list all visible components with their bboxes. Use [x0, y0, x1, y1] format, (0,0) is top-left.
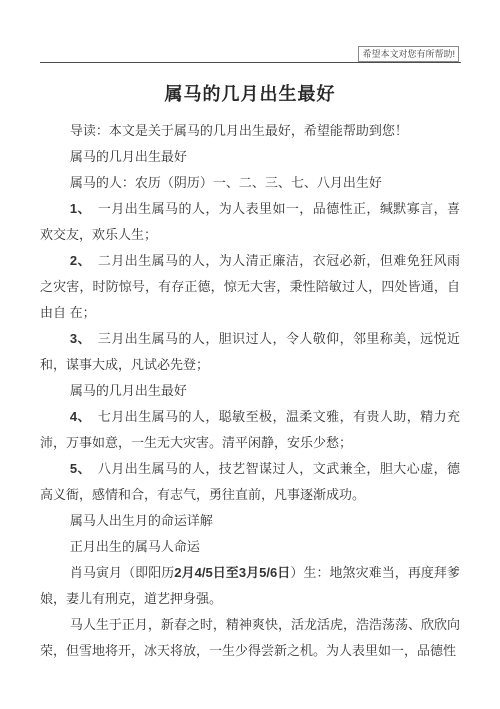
text-run-bold: 3、: [70, 331, 85, 346]
text-run-bold: 2、: [70, 253, 85, 268]
paragraph: 马人生于正月，新春之时，精神爽快，活龙活虎，浩浩荡荡、欣欣向荣，但雪地将开，冰天…: [40, 612, 460, 664]
paragraph: 4、 七月出生属马的人，聪敏至极，温柔文雅，有贵人助，精力充沛，万事如意，一生无…: [40, 404, 460, 456]
text-run: 七月出生属马的人，聪敏至极，温柔文雅，有贵人助，精力充沛，万事如意，一生无大灾害…: [40, 409, 460, 450]
text-run: 八月出生属马的人，技艺智谋过人，文武兼全，胆大心虚，德高义衙，感情和合，有志气，…: [40, 461, 460, 502]
paragraph: 导读：本文是关于属马的几月出生最好，希望能帮助到您！: [40, 118, 460, 144]
text-run-bold: 4、: [70, 409, 85, 424]
paragraph: 属马的几月出生最好: [40, 378, 460, 404]
document-page: { "page": { "note": "希望本文对您有所帮助!", "titl…: [0, 0, 500, 709]
paragraph: 属马的几月出生最好: [40, 144, 460, 170]
paragraph: 肖马寅月（即阳历2月4/5日至3月5/6日）生：地煞灾难当，再度拜爹娘，妻儿有刑…: [40, 560, 460, 612]
paragraph: 5、 八月出生属马的人，技艺智谋过人，文武兼全，胆大心虚，德高义衙，感情和合，有…: [40, 456, 460, 508]
text-run: 属马的人：农历（阴历）一、二、三、七、八月出生好: [70, 175, 382, 190]
help-note-badge: 希望本文对您有所帮助!: [358, 46, 459, 62]
text-run-bold: 1、: [70, 201, 85, 216]
content: 导读：本文是关于属马的几月出生最好，希望能帮助到您！属马的几月出生最好属马的人：…: [40, 105, 460, 664]
text-run: 导读：本文是关于属马的几月出生最好，希望能帮助到您！: [70, 123, 408, 138]
text-run: 二月出生属马的人，为人清正廉洁，衣冠必新，但难免狂风雨之灾害，时防惊号，有存正德…: [40, 253, 460, 320]
text-run-bold: 2月4/5日至3月5/6日: [174, 565, 290, 580]
paragraph: 3、 三月出生属马的人，胆识过人，令人敬仰，邻里称美，远悦近和，谋事大成，凡试必…: [40, 326, 460, 378]
text-run: 属马人出生月的命运详解: [70, 513, 213, 528]
text-run: 三月出生属马的人，胆识过人，令人敬仰，邻里称美，远悦近和，谋事大成，凡试必先登；: [40, 331, 460, 372]
text-run: 肖马寅月（即阳历: [70, 565, 174, 580]
text-run: 属马的几月出生最好: [70, 383, 187, 398]
text-run: 一月出生属马的人，为人表里如一，品德性正，缄默寡言，喜欢交友，欢乐人生；: [40, 201, 460, 242]
text-run: 属马的几月出生最好: [70, 149, 187, 164]
text-run: 马人生于正月，新春之时，精神爽快，活龙活虎，浩浩荡荡、欣欣向荣，但雪地将开，冰天…: [40, 617, 460, 658]
paragraph: 属马的人：农历（阴历）一、二、三、七、八月出生好: [40, 170, 460, 196]
header-divider: [40, 62, 461, 63]
text-run: 正月出生的属马人命运: [70, 539, 200, 554]
paragraph: 1、 一月出生属马的人，为人表里如一，品德性正，缄默寡言，喜欢交友，欢乐人生；: [40, 196, 460, 248]
paragraph: 正月出生的属马人命运: [40, 534, 460, 560]
text-run-bold: 5、: [70, 461, 85, 476]
paragraph: 2、 二月出生属马的人，为人清正廉洁，衣冠必新，但难免狂风雨之灾害，时防惊号，有…: [40, 248, 460, 326]
paragraph: 属马人出生月的命运详解: [40, 508, 460, 534]
